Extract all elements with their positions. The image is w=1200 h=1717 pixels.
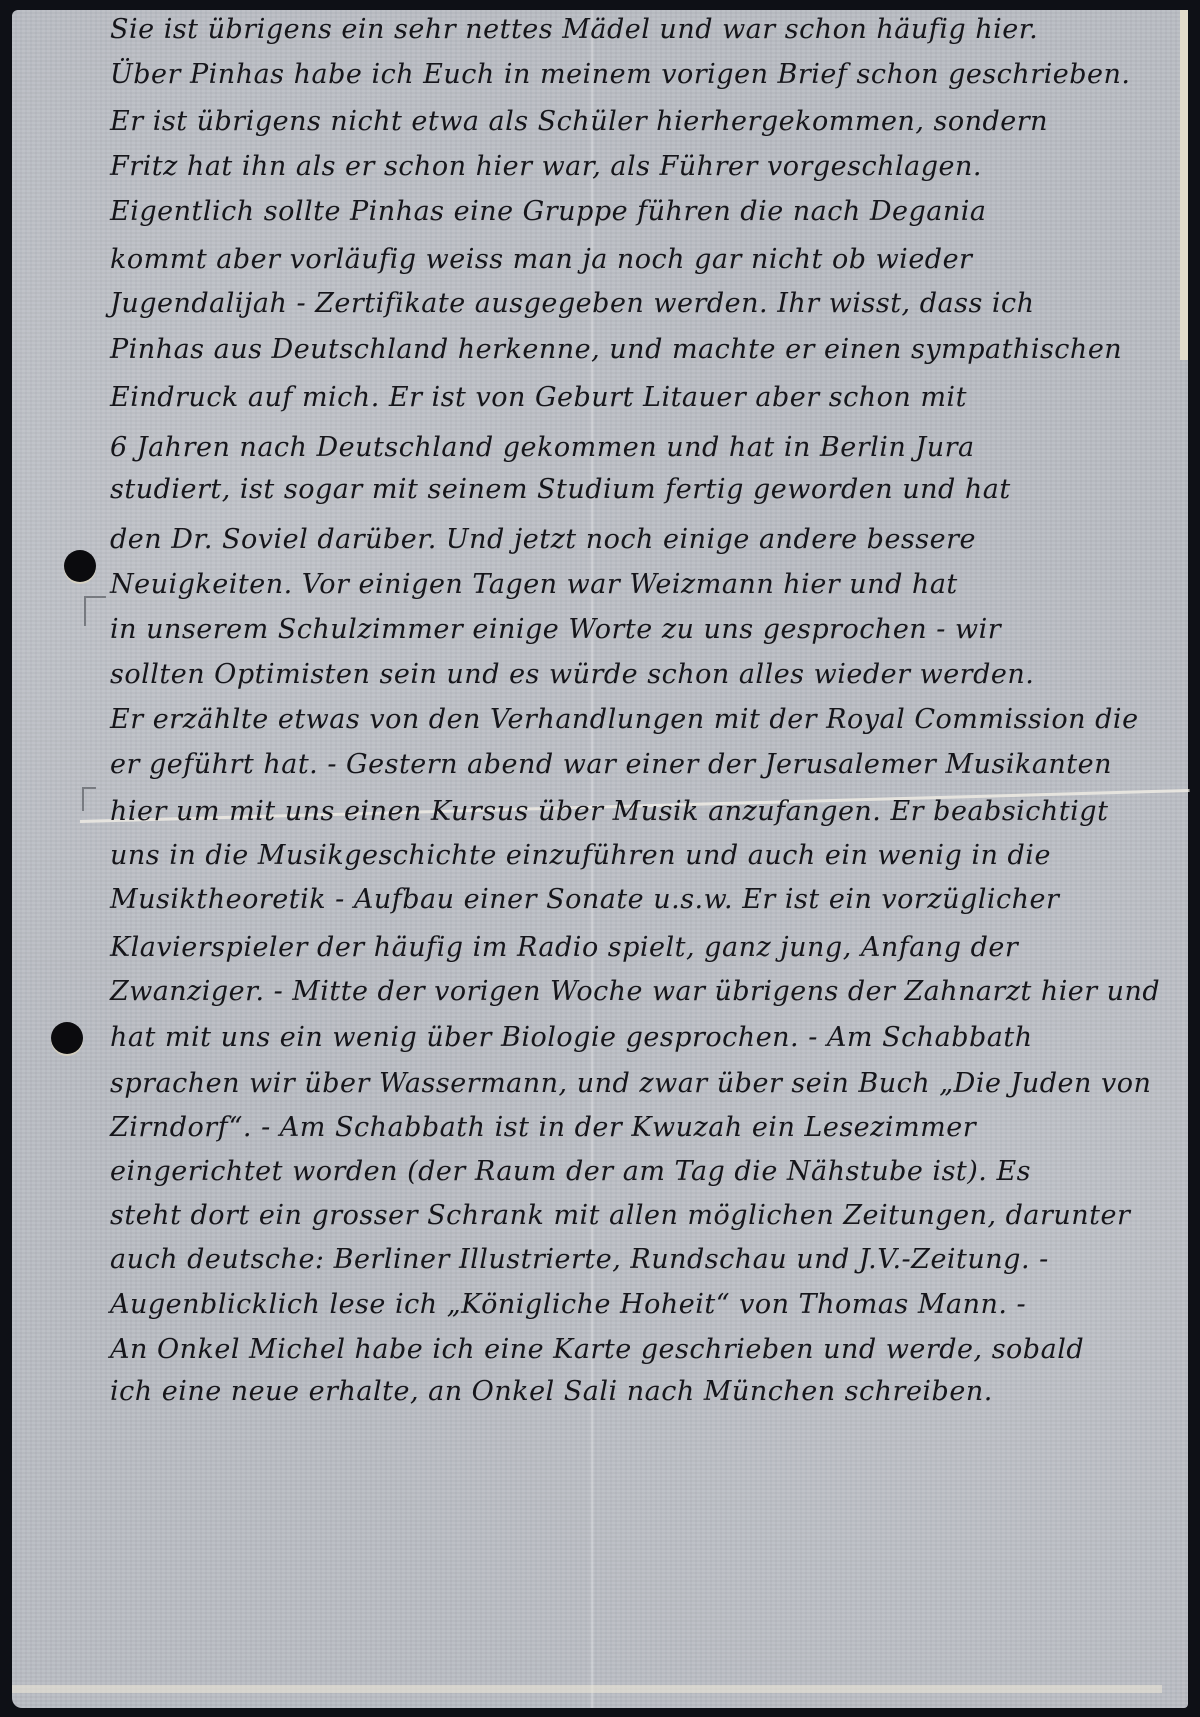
text-line: Zwanziger. - Mitte der vorigen Woche war… bbox=[110, 976, 1160, 1007]
text-line: eingerichtet worden (der Raum der am Tag… bbox=[110, 1156, 1031, 1187]
text-line: den Dr. Soviel darüber. Und jetzt noch e… bbox=[110, 524, 976, 555]
text-line: studiert, ist sogar mit seinem Studium f… bbox=[110, 474, 1011, 505]
text-line: Eindruck auf mich. Er ist von Geburt Lit… bbox=[110, 382, 967, 413]
text-line: er geführt hat. - Gestern abend war eine… bbox=[110, 749, 1112, 780]
text-line: Er ist übrigens nicht etwa als Schüler h… bbox=[110, 106, 1048, 137]
text-line: Über Pinhas habe ich Euch in meinem vori… bbox=[110, 59, 1130, 90]
text-line: auch deutsche: Berliner Illustrierte, Ru… bbox=[110, 1244, 1049, 1275]
punch-hole-bottom bbox=[51, 1022, 83, 1054]
text-line: sprachen wir über Wassermann, und zwar ü… bbox=[110, 1068, 1151, 1099]
text-line: 6 Jahren nach Deutschland gekommen und h… bbox=[110, 432, 975, 463]
text-line: Musiktheoretik - Aufbau einer Sonate u.s… bbox=[110, 884, 1059, 915]
text-line: Neuigkeiten. Vor einigen Tagen war Weizm… bbox=[110, 569, 958, 600]
text-line: steht dort ein grosser Schrank mit allen… bbox=[110, 1200, 1130, 1231]
text-line: Er erzählte etwas von den Verhandlungen … bbox=[110, 704, 1139, 735]
punch-hole-top bbox=[64, 550, 96, 582]
text-line: Sie ist übrigens ein sehr nettes Mädel u… bbox=[110, 14, 1038, 45]
text-line: Augenblicklich lese ich „Königliche Hohe… bbox=[110, 1289, 1026, 1320]
text-line: hat mit uns ein wenig über Biologie gesp… bbox=[110, 1022, 1033, 1053]
text-line: hier um mit uns einen Kursus über Musik … bbox=[110, 796, 1108, 827]
pencil-margin-mark bbox=[84, 596, 106, 626]
text-line: Klavierspieler der häufig im Radio spiel… bbox=[110, 932, 1018, 963]
text-line: Pinhas aus Deutschland herkenne, und mac… bbox=[110, 334, 1122, 365]
pencil-margin-mark bbox=[82, 787, 96, 811]
text-line: in unserem Schulzimmer einige Worte zu u… bbox=[110, 614, 1001, 645]
text-line: An Onkel Michel habe ich eine Karte gesc… bbox=[110, 1334, 1084, 1365]
torn-right-edge bbox=[1180, 10, 1200, 360]
text-line: sollten Optimisten sein und es würde sch… bbox=[110, 659, 1034, 690]
text-line: Fritz hat ihn als er schon hier war, als… bbox=[110, 151, 982, 182]
text-line: Jugendalijah - Zertifikate ausgegeben we… bbox=[110, 288, 1035, 319]
bottom-paper-edge bbox=[12, 1685, 1162, 1693]
text-line: kommt aber vorläufig weiss man ja noch g… bbox=[110, 244, 972, 275]
text-line: ich eine neue erhalte, an Onkel Sali nac… bbox=[110, 1376, 993, 1407]
text-line: Eigentlich sollte Pinhas eine Gruppe füh… bbox=[110, 196, 987, 227]
text-line: uns in die Musikgeschichte einzuführen u… bbox=[110, 840, 1051, 871]
text-line: Zirndorf“. - Am Schabbath ist in der Kwu… bbox=[110, 1112, 976, 1143]
